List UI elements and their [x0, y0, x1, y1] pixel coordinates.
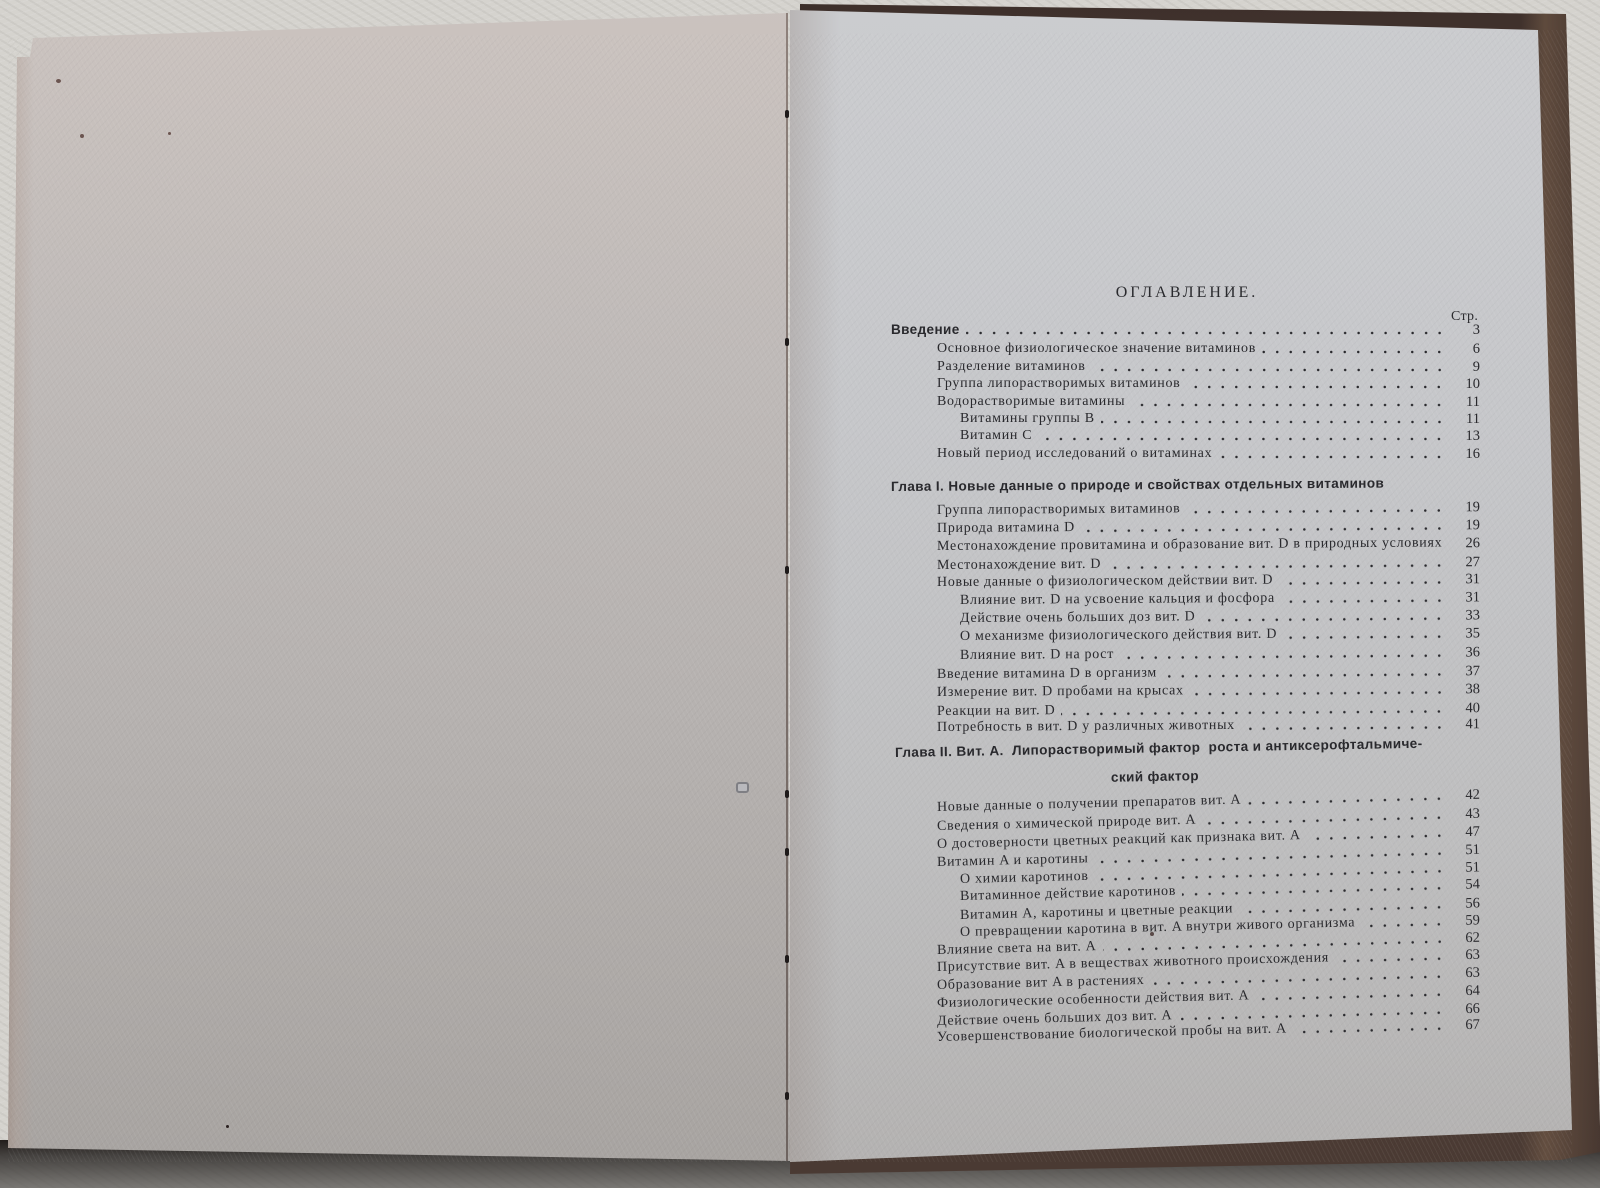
- dot-leader: [1293, 1017, 1446, 1039]
- book-gutter: [786, 13, 788, 1161]
- dot-leader: [1131, 393, 1446, 411]
- toc-entry: Измерение вит. D пробами на крысах 38: [937, 680, 1480, 702]
- paper-speck: [168, 132, 171, 135]
- toc-entry-title: О механизме физиологического действия ви…: [960, 626, 1277, 646]
- toc-entry-page: 37: [1454, 662, 1480, 680]
- toc-entry-title: Действие очень больших доз вит. D: [960, 608, 1196, 628]
- toc-entry-title: Основное физиологическое значение витами…: [937, 340, 1256, 358]
- dot-leader: [1201, 607, 1446, 627]
- toc-entry-page: 16: [1454, 445, 1480, 463]
- toc-entry: Основное физиологическое значение витами…: [937, 340, 1480, 358]
- toc-entry-page: 38: [1454, 680, 1480, 698]
- dot-leader: [1218, 445, 1446, 463]
- chapter-title-continuation: ский фактор: [1111, 767, 1199, 787]
- toc-entry: Группа липорастворимых витаминов 10: [937, 375, 1480, 393]
- toc-entry-page: 59: [1454, 911, 1480, 930]
- toc-entry-page: 3: [1454, 321, 1480, 339]
- toc-entry: Разделение витаминов 9: [937, 358, 1480, 376]
- toc-entry: Потребность в вит. D у различных животны…: [937, 715, 1480, 737]
- dot-leader: [1163, 662, 1446, 682]
- toc-entry-title: Витамины группы B: [960, 410, 1095, 428]
- toc-entry-page: 27: [1454, 553, 1480, 571]
- toc-entry-title: Группа липорастворимых витаминов: [937, 500, 1181, 520]
- toc-entry-page: 63: [1454, 946, 1480, 965]
- toc-entry-title: Разделение витаминов: [937, 358, 1086, 376]
- dot-leader: [1281, 589, 1446, 608]
- toc-entry-page: 41: [1454, 715, 1480, 733]
- toc-entry-page: 11: [1454, 410, 1480, 428]
- paper-speck: [80, 134, 84, 138]
- toc-entry-page: 19: [1454, 498, 1480, 516]
- toc-entry-page: 43: [1454, 805, 1480, 824]
- toc-entry-page: 35: [1454, 624, 1480, 642]
- toc-entry-page: 31: [1454, 588, 1480, 606]
- stitch-mark: [785, 338, 789, 346]
- stitch-mark: [785, 1092, 789, 1100]
- stitch-mark: [785, 790, 789, 798]
- toc-entry-page: 47: [1454, 823, 1480, 842]
- toc-entry-page: 64: [1454, 982, 1480, 1001]
- dot-leader: [1241, 715, 1446, 734]
- stitch-mark: [785, 566, 789, 574]
- toc-entry-page: 42: [1454, 786, 1480, 805]
- dot-leader: [1190, 680, 1446, 700]
- toc-entry-page: 9: [1454, 358, 1480, 376]
- toc-entry-title: Влияние вит. D на усвоение кальция и фос…: [960, 590, 1275, 610]
- stitch-mark: [785, 848, 789, 856]
- toc-entry: Витамин C 13: [960, 427, 1480, 445]
- stitch-mark: [785, 110, 789, 118]
- toc-section-intro: Введение 3: [891, 321, 1480, 339]
- staple: [736, 782, 749, 793]
- stitch-mark: [785, 955, 789, 963]
- toc-entry-title: Новые данные о физиологическом действии …: [937, 572, 1273, 592]
- toc-entry-page: 51: [1454, 841, 1480, 860]
- dot-leader: [1186, 375, 1446, 393]
- toc-entry-page: 51: [1454, 858, 1480, 877]
- toc-entry-page: 10: [1454, 375, 1480, 393]
- toc-entry-title: Водорастворимые витамины: [937, 393, 1125, 411]
- toc-entry-page: 6: [1454, 340, 1480, 358]
- toc-entry-page: 19: [1454, 516, 1480, 534]
- paper-speck: [56, 79, 61, 83]
- dot-leader: [966, 321, 1446, 339]
- dot-leader: [1279, 570, 1446, 589]
- toc-entry-title: Потребность в вит. D у различных животны…: [937, 717, 1235, 737]
- toc-entry-page: 33: [1454, 606, 1480, 624]
- toc-entry-page: 67: [1454, 1016, 1480, 1035]
- toc-entry-title: Витамин C: [960, 427, 1032, 445]
- toc-entry-page: 13: [1454, 427, 1480, 445]
- dot-leader: [1186, 498, 1446, 518]
- dot-leader: [1092, 358, 1446, 376]
- toc-entry-title: Местонахождение провитамина и образовани…: [937, 534, 1442, 556]
- dot-leader: [1038, 427, 1446, 445]
- toc-entry-page: 26: [1456, 534, 1480, 552]
- dot-leader: [1120, 644, 1446, 664]
- toc-entry-page: 63: [1454, 964, 1480, 983]
- toc-entry: Водорастворимые витамины 11: [937, 393, 1480, 411]
- toc-entry-page: 62: [1454, 929, 1480, 948]
- toc-entry-page: 36: [1454, 643, 1480, 661]
- toc-entry-page: 11: [1454, 393, 1480, 411]
- dot-leader: [1283, 625, 1446, 644]
- paper-speck: [226, 1125, 229, 1128]
- dot-leader: [1101, 410, 1446, 428]
- toc-entry-page: 31: [1454, 570, 1480, 588]
- toc-entry-title: Группа липорастворимых витаминов: [937, 375, 1180, 393]
- toc-entry-page: 56: [1454, 894, 1480, 913]
- toc-entry-title: Новый период исследований о витаминах: [937, 445, 1212, 463]
- dot-leader: [1262, 340, 1446, 358]
- toc-entry-title: Влияние вит. D на рост: [960, 646, 1114, 665]
- toc-heading: ОГЛАВЛЕНИЕ.: [1116, 284, 1259, 302]
- toc-entry-title: Введение: [891, 321, 960, 339]
- toc-entry-page: 54: [1454, 875, 1480, 894]
- toc-entry: Витамины группы B 11: [960, 410, 1480, 428]
- toc-entry: Местонахождение провитамина и образовани…: [937, 534, 1480, 556]
- toc-entry-title: Измерение вит. D пробами на крысах: [937, 682, 1184, 702]
- toc-entry-title: Природа витамина D: [937, 519, 1075, 538]
- toc-entry: Новый период исследований о витаминах 16: [937, 445, 1480, 463]
- chapter-title: Глава I. Новые данные о природе и свойст…: [891, 475, 1384, 496]
- toc-entry-title: Введение витамина D в организм: [937, 664, 1157, 684]
- toc-entry: О механизме физиологического действия ви…: [960, 624, 1480, 646]
